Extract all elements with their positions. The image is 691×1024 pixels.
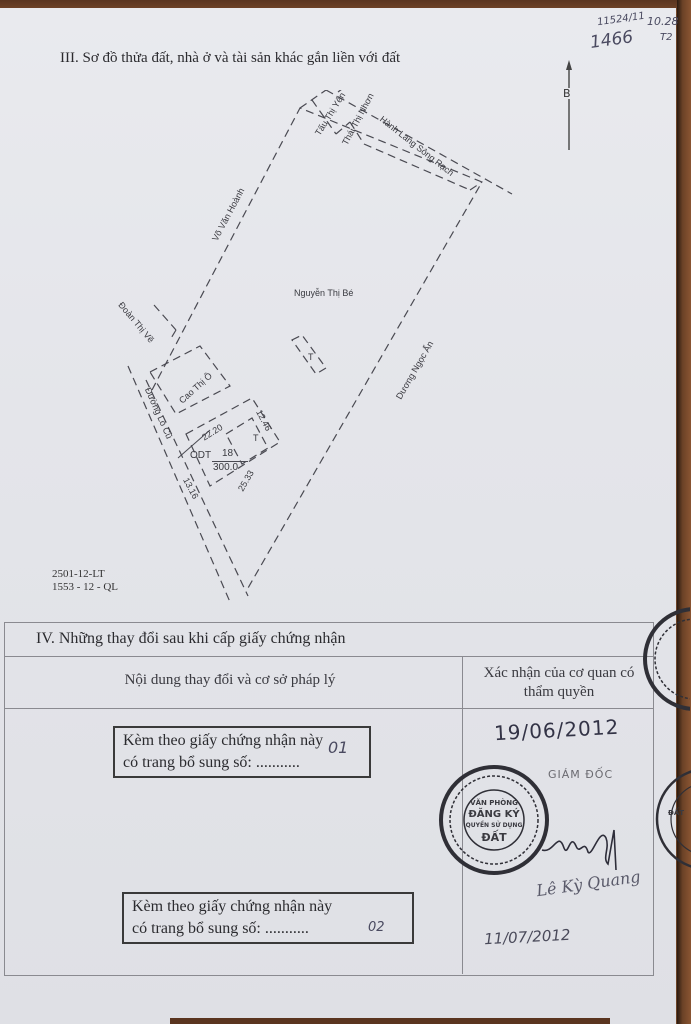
seal-line: VĂN PHÒNG bbox=[462, 800, 526, 807]
map-reference: 2501-12-LT 1553 - 12 - QL bbox=[52, 568, 118, 594]
column-header-changes: Nội dung thay đổi và cơ sở pháp lý bbox=[40, 672, 420, 689]
edge-seal-text: ĐẤT bbox=[664, 810, 688, 817]
changes-section-title: IV. Những thay đổi sau khi cấp giấy chứn… bbox=[36, 630, 345, 648]
north-label: B bbox=[563, 88, 571, 99]
table-divider bbox=[4, 656, 654, 657]
column-header-confirmation: Xác nhận của cơ quan có thẩm quyền bbox=[474, 664, 644, 702]
handwritten-note: T2 bbox=[660, 32, 672, 43]
parcel-number: 18 bbox=[222, 448, 233, 459]
parcel-land-type: ODT bbox=[190, 450, 211, 461]
building-mark: T bbox=[308, 352, 314, 362]
seal-line: ĐĂNG KÝ bbox=[462, 810, 526, 820]
handwritten-time: 10.28 bbox=[647, 15, 679, 28]
official-seal-icon bbox=[438, 764, 550, 876]
director-title: GIÁM ĐỐC bbox=[548, 768, 613, 781]
supplement-number: 02 bbox=[368, 920, 385, 935]
parcel-map-lines bbox=[0, 90, 560, 610]
section-title: III. Sơ đồ thửa đất, nhà ở và tài sản kh… bbox=[60, 50, 400, 67]
parcel-area: 300.0 bbox=[213, 462, 238, 473]
seal-line: QUYỀN SỬ DỤNG bbox=[462, 823, 526, 829]
north-arrow-icon bbox=[562, 60, 576, 152]
parcel-map: Tấu Thị Yến Thái Thị Nhơn Hành Lang Sông… bbox=[0, 90, 560, 610]
table-divider bbox=[4, 708, 654, 709]
seal-line: ĐẤT bbox=[462, 832, 526, 843]
edge-seal-icon bbox=[652, 764, 691, 874]
background-surface-bottom bbox=[170, 1018, 610, 1024]
neighbor-label: Nguyễn Thị Bé bbox=[294, 288, 353, 298]
building-mark: T bbox=[253, 433, 259, 443]
edge-seal-icon bbox=[640, 604, 690, 714]
supplement-number: 01 bbox=[328, 738, 348, 757]
supplement-stamp: Kèm theo giấy chứng nhận này có trang bổ… bbox=[122, 892, 414, 944]
